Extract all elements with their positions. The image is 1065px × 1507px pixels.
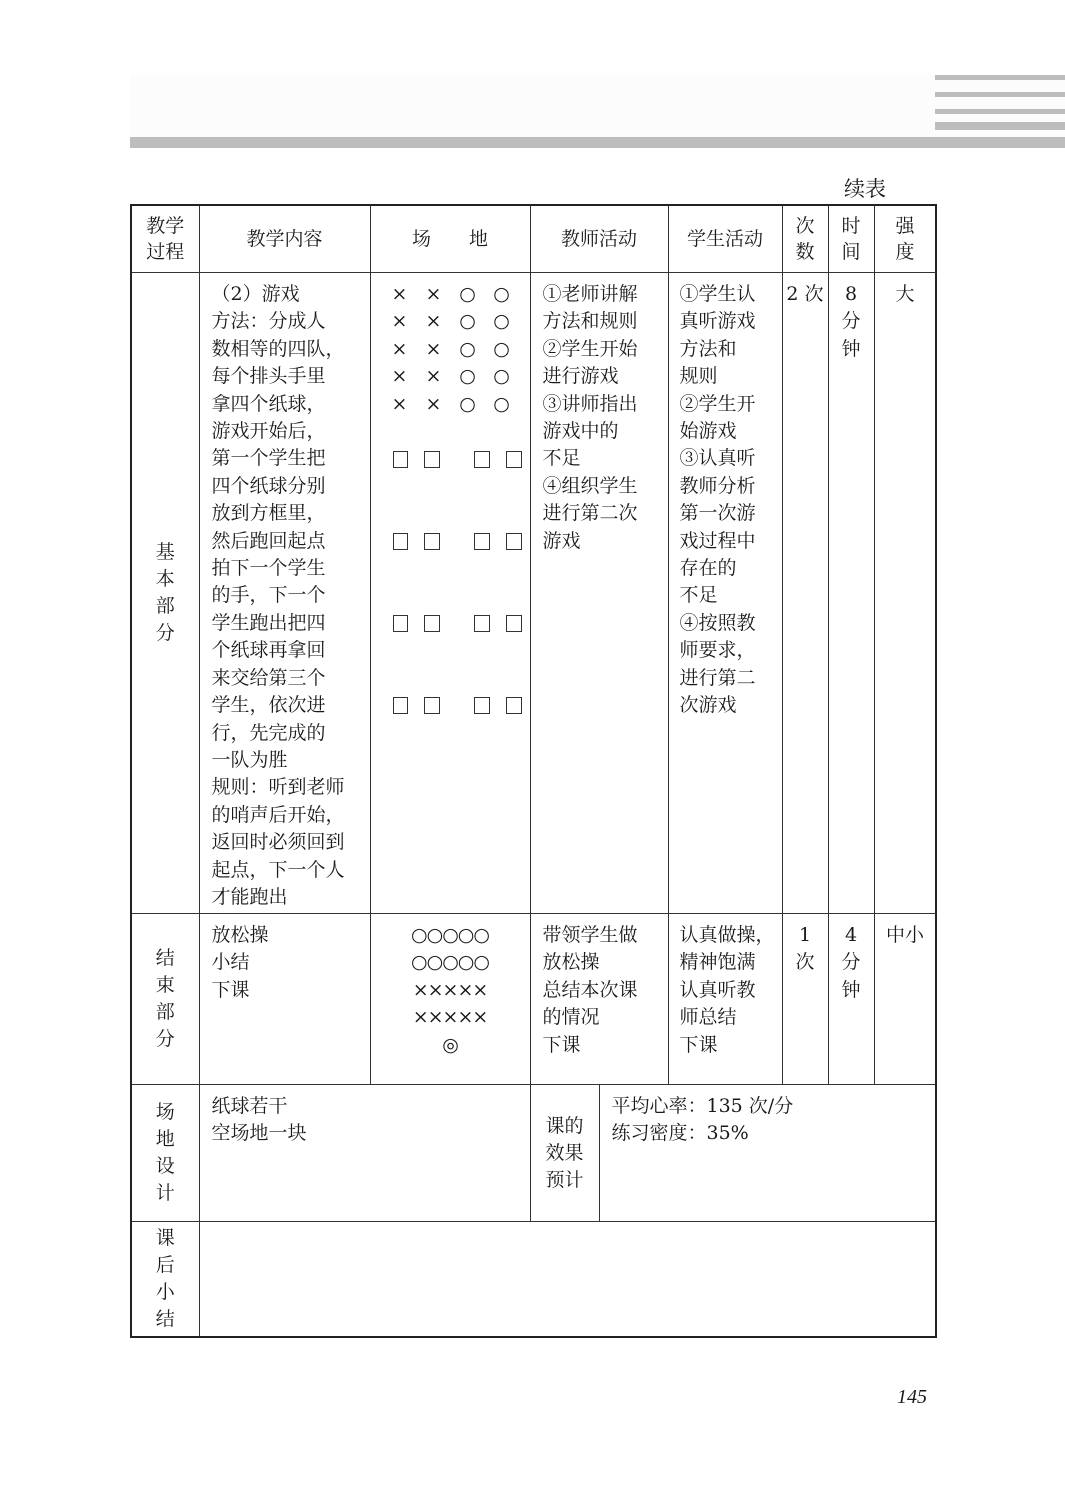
effect-cell: 课的 效果 预计 平均心率：135 次/分 练习密度：35% <box>530 1085 936 1222</box>
header-teacher: 教师活动 <box>530 205 668 273</box>
process-char: 课 <box>156 1225 175 1252</box>
square-box-icon <box>474 451 490 468</box>
lesson-plan-table: 教学 过程 教学内容 场 地 教师活动 学生活动 次 数 时 间 强 度 基 本… <box>130 204 937 1338</box>
teacher-cell-basic: ①老师讲解 方法和规则 ②学生开始 进行游戏 ③讲师指出 游戏中的 不足 ④组织… <box>530 273 668 914</box>
cross-marker-icon: × <box>383 281 417 308</box>
table-row-basic: 基 本 部 分 （2）游戏 方法：分成人 数相等的四队， 每个排头手里 拿四个纸… <box>131 273 936 914</box>
formation-row: ××○○ <box>383 391 530 418</box>
effect-label: 课的 效果 预计 <box>531 1085 600 1221</box>
effect-label-line: 预计 <box>545 1167 583 1194</box>
intensity-value-end: 中小 <box>875 914 936 949</box>
circle-marker-icon: ○ <box>485 308 519 335</box>
continued-label: 续表 <box>844 173 886 203</box>
process-char: 本 <box>156 566 175 593</box>
process-char: 设 <box>156 1153 175 1180</box>
box-row <box>383 445 530 472</box>
cross-marker-icon: × <box>417 281 451 308</box>
cross-marker-icon: × <box>383 363 417 390</box>
process-label-end: 结 束 部 分 <box>131 914 199 1085</box>
cross-marker-icon: × <box>417 391 451 418</box>
effect-label-line: 效果 <box>545 1140 583 1167</box>
formation-line: ××××× <box>371 1004 530 1031</box>
summary-content-cell[interactable] <box>199 1222 936 1338</box>
effect-text: 平均心率：135 次/分 练习密度：35% <box>600 1085 800 1221</box>
cross-marker-icon: × <box>417 336 451 363</box>
square-box-icon <box>424 451 440 468</box>
cross-marker-icon: × <box>417 308 451 335</box>
square-box-icon <box>424 615 440 632</box>
header-intensity-line: 强 <box>875 213 936 239</box>
square-box-icon <box>474 697 490 714</box>
formation-line: ××××× <box>371 977 530 1004</box>
time-value-basic: 8 分 钟 <box>829 273 874 363</box>
cross-marker-icon: × <box>383 336 417 363</box>
circle-marker-icon: ○ <box>451 363 485 390</box>
process-char: 束 <box>156 972 175 999</box>
field-diagram-basic: ××○○××○○××○○××○○××○○ <box>371 273 530 719</box>
field-diagram-end: ○○○○○ ○○○○○ ××××× ××××× ◎ <box>371 914 530 1059</box>
process-char: 分 <box>156 1026 175 1053</box>
circle-marker-icon: ○ <box>485 281 519 308</box>
box-rows <box>383 445 530 719</box>
header-count: 次 数 <box>782 205 828 273</box>
field-cell-end: ○○○○○ ○○○○○ ××××× ××××× ◎ <box>370 914 530 1085</box>
circle-marker-icon: ○ <box>485 391 519 418</box>
table-row-end: 结 束 部 分 放松操 小结 下课 ○○○○○ ○○○○○ ××××× ××××… <box>131 914 936 1085</box>
effect-wrapper: 课的 效果 预计 平均心率：135 次/分 练习密度：35% <box>531 1085 936 1221</box>
intensity-cell-end: 中小 <box>874 914 936 1085</box>
formation-row: ××○○ <box>383 308 530 335</box>
formation-line: ○○○○○ <box>371 922 530 949</box>
process-char: 地 <box>156 1126 175 1153</box>
circle-marker-icon: ○ <box>451 308 485 335</box>
table-header-row: 教学 过程 教学内容 场 地 教师活动 学生活动 次 数 时 间 强 度 <box>131 205 936 273</box>
content-cell-basic: （2）游戏 方法：分成人 数相等的四队， 每个排头手里 拿四个纸球， 游戏开始后… <box>199 273 370 914</box>
circle-marker-icon: ○ <box>451 281 485 308</box>
process-label-summary: 课 后 小 结 <box>131 1222 199 1338</box>
design-content-cell: 纸球若干 空场地一块 <box>199 1085 530 1222</box>
formation-rows: ××○○××○○××○○××○○××○○ <box>383 281 530 418</box>
student-cell-basic: ①学生认 真听游戏 方法和 规则 ②学生开 始游戏 ③认真听 教师分析 第一次游… <box>668 273 782 914</box>
square-box-icon <box>393 697 409 714</box>
process-label-design: 场 地 设 计 <box>131 1085 199 1222</box>
formation-row: ××○○ <box>383 363 530 390</box>
count-value-basic: 2 次 <box>783 273 828 308</box>
square-box-icon <box>424 697 440 714</box>
header-time-line: 时 <box>829 213 874 239</box>
circle-marker-icon: ○ <box>451 336 485 363</box>
formation-row: ××○○ <box>383 336 530 363</box>
header-field: 场 地 <box>370 205 530 273</box>
table-row-design: 场 地 设 计 纸球若干 空场地一块 课的 效果 预计 平均心率：135 次/分… <box>131 1085 936 1222</box>
field-cell-basic: ××○○××○○××○○××○○××○○ <box>370 273 530 914</box>
box-row <box>383 692 530 719</box>
page-number: 145 <box>897 1386 927 1409</box>
square-box-icon <box>506 615 522 632</box>
square-box-icon <box>393 533 409 550</box>
time-cell-end: 4 分 钟 <box>828 914 874 1085</box>
square-box-icon <box>474 615 490 632</box>
process-char: 后 <box>156 1252 175 1279</box>
teacher-position-icon: ◎ <box>371 1032 530 1059</box>
header-count-line: 数 <box>783 239 828 265</box>
formation-row: ××○○ <box>383 281 530 308</box>
header-process-line: 教学 <box>132 213 199 239</box>
process-char: 分 <box>156 620 175 647</box>
square-box-icon <box>393 615 409 632</box>
formation-line: ○○○○○ <box>371 949 530 976</box>
header-stripe <box>935 109 1065 114</box>
process-char: 计 <box>156 1180 175 1207</box>
header-intensity: 强 度 <box>874 205 936 273</box>
header-student: 学生活动 <box>668 205 782 273</box>
count-value-end: 1 次 <box>783 914 828 977</box>
header-process: 教学 过程 <box>131 205 199 273</box>
header-stripe <box>935 122 1065 130</box>
student-text-end: 认真做操， 精神饱满 认真听教 师总结 下课 <box>669 914 782 1059</box>
count-cell-basic: 2 次 <box>782 273 828 914</box>
square-box-icon <box>506 451 522 468</box>
time-cell-basic: 8 分 钟 <box>828 273 874 914</box>
header-time: 时 间 <box>828 205 874 273</box>
design-content-text: 纸球若干 空场地一块 <box>200 1085 530 1148</box>
process-char: 部 <box>156 999 175 1026</box>
process-char: 小 <box>156 1279 175 1306</box>
process-char: 基 <box>156 539 175 566</box>
square-box-icon <box>474 533 490 550</box>
process-char: 结 <box>156 945 175 972</box>
circle-marker-icon: ○ <box>485 363 519 390</box>
process-char: 场 <box>156 1099 175 1126</box>
box-row <box>383 610 530 637</box>
count-cell-end: 1 次 <box>782 914 828 1085</box>
content-text-end: 放松操 小结 下课 <box>200 914 370 1004</box>
header-intensity-line: 度 <box>875 239 936 265</box>
content-text-basic: （2）游戏 方法：分成人 数相等的四队， 每个排头手里 拿四个纸球， 游戏开始后… <box>200 273 370 911</box>
square-box-icon <box>506 533 522 550</box>
square-box-icon <box>393 451 409 468</box>
teacher-cell-end: 带领学生做 放松操 总结本次课 的情况 下课 <box>530 914 668 1085</box>
cross-marker-icon: × <box>383 391 417 418</box>
circle-marker-icon: ○ <box>485 336 519 363</box>
square-box-icon <box>506 697 522 714</box>
time-value-end: 4 分 钟 <box>829 914 874 1004</box>
header-band <box>130 75 1065 137</box>
student-text-basic: ①学生认 真听游戏 方法和 规则 ②学生开 始游戏 ③认真听 教师分析 第一次游… <box>669 273 782 720</box>
cross-marker-icon: × <box>417 363 451 390</box>
header-process-line: 过程 <box>132 239 199 265</box>
content-cell-end: 放松操 小结 下课 <box>199 914 370 1085</box>
header-stripe <box>935 92 1065 97</box>
square-box-icon <box>424 533 440 550</box>
teacher-text-end: 带领学生做 放松操 总结本次课 的情况 下课 <box>531 914 668 1059</box>
header-count-line: 次 <box>783 213 828 239</box>
header-stripe <box>935 75 1065 80</box>
header-time-line: 间 <box>829 239 874 265</box>
effect-label-line: 课的 <box>545 1113 583 1140</box>
intensity-cell-basic: 大 <box>874 273 936 914</box>
box-row <box>383 528 530 555</box>
process-char: 结 <box>156 1306 175 1333</box>
student-cell-end: 认真做操， 精神饱满 认真听教 师总结 下课 <box>668 914 782 1085</box>
header-content: 教学内容 <box>199 205 370 273</box>
process-label-basic: 基 本 部 分 <box>131 273 199 914</box>
circle-marker-icon: ○ <box>451 391 485 418</box>
process-char: 部 <box>156 593 175 620</box>
intensity-value-basic: 大 <box>875 273 936 308</box>
header-bar <box>130 137 1065 148</box>
table-row-summary: 课 后 小 结 <box>131 1222 936 1338</box>
cross-marker-icon: × <box>383 308 417 335</box>
teacher-text-basic: ①老师讲解 方法和规则 ②学生开始 进行游戏 ③讲师指出 游戏中的 不足 ④组织… <box>531 273 668 555</box>
